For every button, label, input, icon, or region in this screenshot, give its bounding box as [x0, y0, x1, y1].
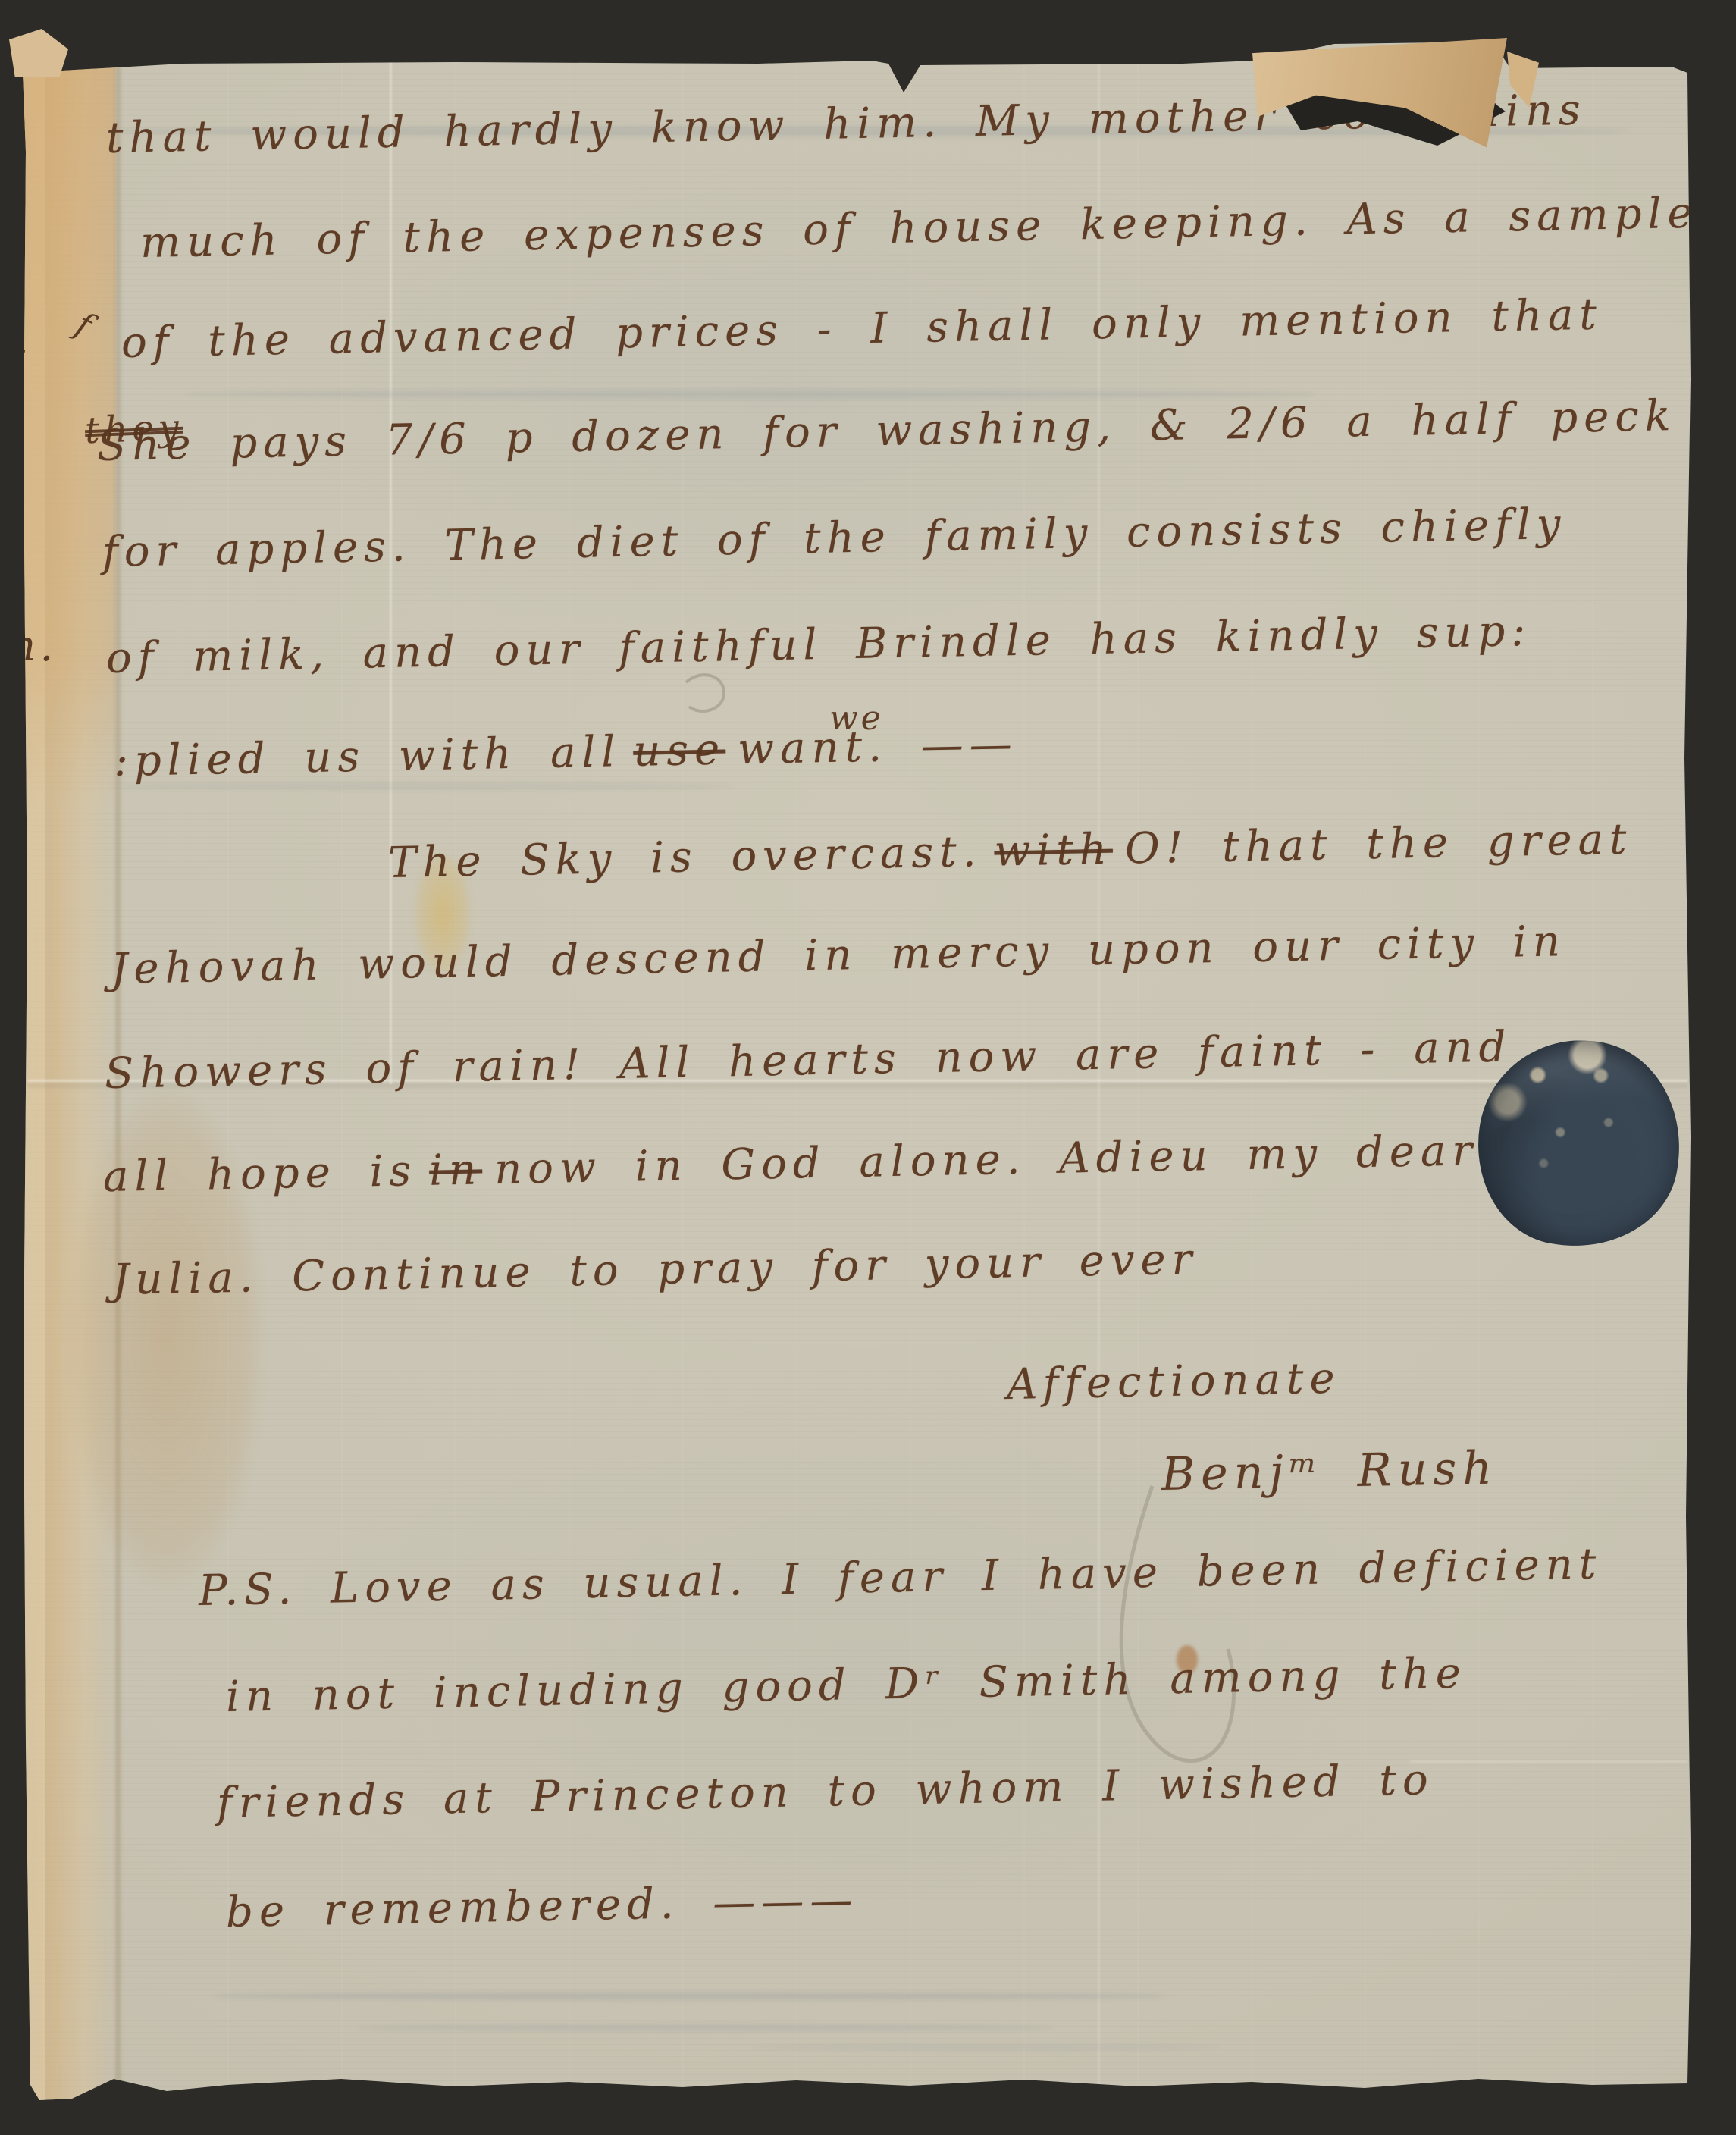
- margin-fragment: w: [0, 1404, 19, 1450]
- margin-fragment: ul: [0, 1312, 23, 1357]
- margin-fragment: st: [0, 332, 28, 384]
- line-text: :plied us with all: [113, 727, 621, 786]
- scanned-letter-page: that would hardly know him. My mother co…: [0, 0, 1736, 2135]
- margin-fragment: w.: [0, 1456, 31, 1501]
- line-text: O! that the great: [1124, 814, 1633, 873]
- paper-tab-top-left: [9, 29, 68, 77]
- margin-fragment: f: [0, 1257, 4, 1303]
- struck-word: with: [994, 825, 1114, 876]
- interlinear-insertion: we: [829, 699, 884, 738]
- struck-word: use: [633, 726, 726, 776]
- closing-word: Affectionate: [1006, 1354, 1341, 1409]
- margin-fragment: .: [0, 476, 7, 522]
- margin-fragment: y: [0, 388, 15, 429]
- margin-fragment: t: [0, 550, 8, 596]
- margin-fragment: ith.: [0, 622, 56, 671]
- margin-fragment: =: [0, 514, 24, 549]
- struck-word-they: they: [84, 406, 184, 452]
- struck-word: in: [429, 1145, 483, 1195]
- paper-sheet: that would hardly know him. My mother co…: [0, 0, 1736, 2135]
- margin-fragment: ,: [0, 663, 10, 708]
- margin-fragment: is: [0, 1356, 26, 1398]
- signature: Benjᵐ Rush: [1161, 1441, 1498, 1501]
- margin-fragment: =: [0, 596, 23, 631]
- line-text: all hope is: [102, 1146, 417, 1202]
- margin-fragment: l: [0, 1171, 10, 1216]
